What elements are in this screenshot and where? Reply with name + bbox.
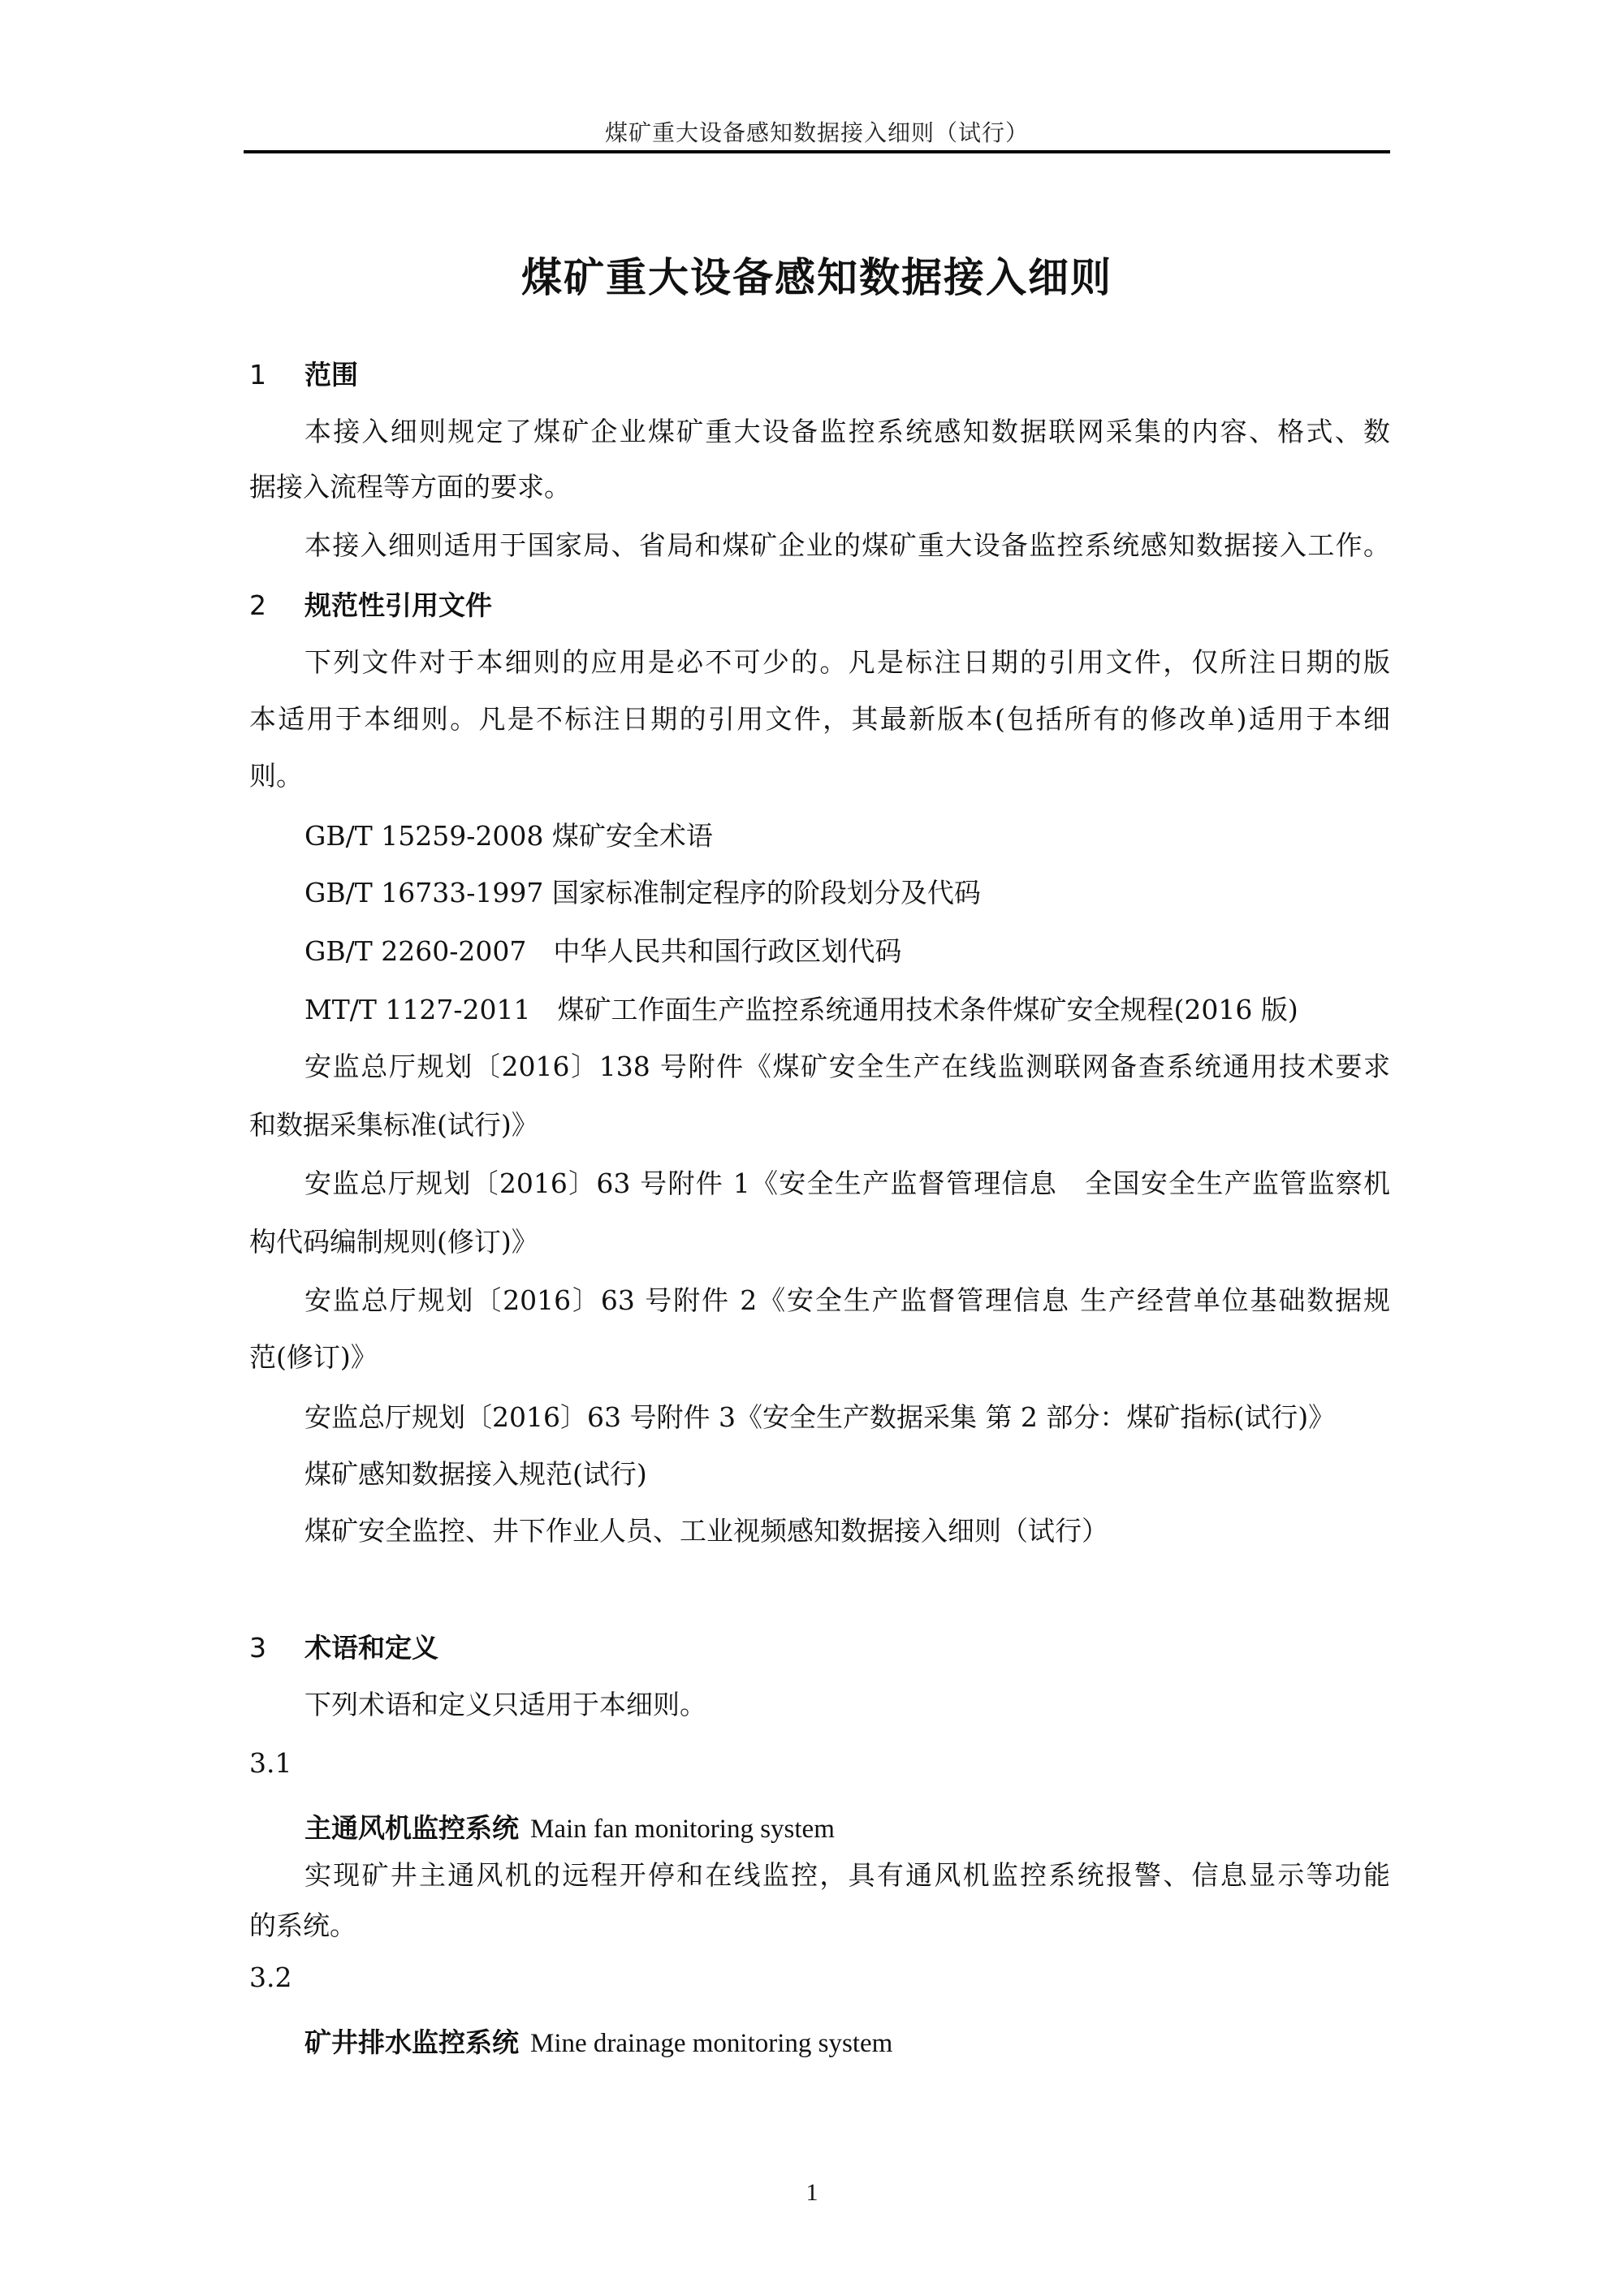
term-heading: 矿井排水监控系统Mine drainage monitoring system — [304, 2026, 892, 2060]
reference-item: MT/T 1127-2011 煤矿工作面生产监控系统通用技术条件煤矿安全规程(2… — [304, 994, 1298, 1026]
header-rule — [244, 150, 1390, 153]
term-english: Main fan monitoring system — [530, 1815, 835, 1844]
reference-item-continued: 构代码编制规则(修订)》 — [249, 1226, 538, 1258]
term-heading: 主通风机监控系统Main fan monitoring system — [304, 1812, 835, 1845]
page-number: 1 — [0, 2179, 1624, 2207]
reference-item-continued: 范(修订)》 — [249, 1341, 378, 1374]
reference-item: GB/T 2260-2007 中华人民共和国行政区划代码 — [304, 935, 901, 968]
reference-item: 安监总厅规划〔2016〕63 号附件 3《安全生产数据采集 第 2 部分：煤矿指… — [304, 1401, 1335, 1434]
section-3-heading: 3术语和定义 — [249, 1632, 438, 1664]
term-chinese: 矿井排水监控系统 — [304, 2026, 519, 2058]
term-english: Mine drainage monitoring system — [530, 2029, 892, 2058]
reference-item: GB/T 16733-1997 国家标准制定程序的阶段划分及代码 — [304, 877, 981, 909]
section-title: 规范性引用文件 — [304, 589, 492, 621]
section-number: 3 — [249, 1632, 304, 1664]
reference-item: GB/T 15259-2008 煤矿安全术语 — [304, 820, 713, 852]
document-page: 煤矿重大设备感知数据接入细则（试行） 煤矿重大设备感知数据接入细则 1范围 本接… — [0, 0, 1624, 2296]
definition-line: 的系统。 — [249, 1910, 356, 1942]
paragraph-line: 下列文件对于本细则的应用是必不可少的。凡是标注日期的引用文件，仅所注日期的版 — [304, 646, 1390, 679]
reference-item-continued: 和数据采集标准(试行)》 — [249, 1109, 538, 1142]
paragraph-line: 本接入细则规定了煤矿企业煤矿重大设备监控系统感知数据联网采集的内容、格式、数 — [304, 416, 1390, 448]
section-title: 术语和定义 — [304, 1632, 438, 1664]
document-title: 煤矿重大设备感知数据接入细则 — [244, 245, 1390, 304]
reference-item: 煤矿感知数据接入规范(试行) — [304, 1458, 647, 1491]
reference-item: 煤矿安全监控、井下作业人员、工业视频感知数据接入细则（试行） — [304, 1515, 1108, 1547]
section-number: 1 — [249, 359, 304, 391]
reference-item: 安监总厅规划〔2016〕63 号附件 2《安全生产监督管理信息 生产经营单位基础… — [304, 1284, 1390, 1317]
paragraph-line: 则。 — [249, 760, 303, 792]
section-2-heading: 2规范性引用文件 — [249, 589, 492, 622]
term-number: 3.2 — [249, 1962, 292, 1994]
paragraph-line: 下列术语和定义只适用于本细则。 — [304, 1689, 706, 1721]
section-title: 范围 — [304, 359, 358, 391]
section-1-heading: 1范围 — [249, 359, 358, 391]
section-number: 2 — [249, 589, 304, 622]
running-header: 煤矿重大设备感知数据接入细则（试行） — [244, 115, 1390, 148]
paragraph-line: 本适用于本细则。凡是不标注日期的引用文件，其最新版本(包括所有的修改单)适用于本… — [249, 703, 1390, 736]
reference-item: 安监总厅规划〔2016〕138 号附件《煤矿安全生产在线监测联网备查系统通用技术… — [304, 1051, 1390, 1083]
paragraph-line: 据接入流程等方面的要求。 — [249, 471, 571, 503]
paragraph-line: 本接入细则适用于国家局、省局和煤矿企业的煤矿重大设备监控系统感知数据接入工作。 — [304, 529, 1390, 562]
term-chinese: 主通风机监控系统 — [304, 1812, 519, 1844]
term-number: 3.1 — [249, 1747, 292, 1780]
reference-item: 安监总厅规划〔2016〕63 号附件 1《安全生产监督管理信息 全国安全生产监管… — [304, 1167, 1390, 1200]
definition-line: 实现矿井主通风机的远程开停和在线监控，具有通风机监控系统报警、信息显示等功能 — [304, 1859, 1390, 1892]
